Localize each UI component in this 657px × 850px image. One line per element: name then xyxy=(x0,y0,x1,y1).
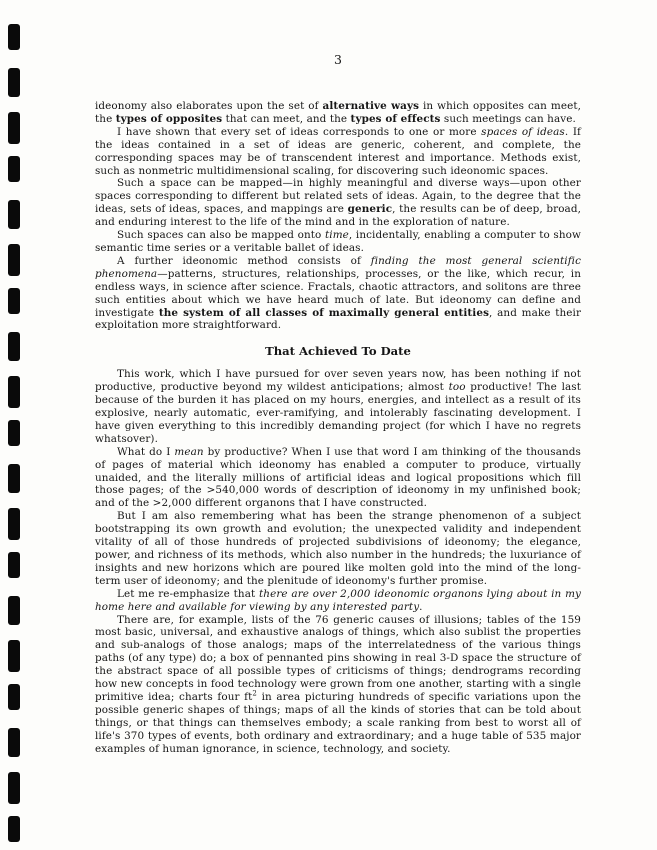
paragraph: ideonomy also elaborates upon the set of… xyxy=(95,100,581,126)
binding-hole-mark xyxy=(8,728,20,757)
binding-hole-mark xyxy=(8,156,20,182)
page-body: ideonomy also elaborates upon the set of… xyxy=(95,100,581,756)
binding-hole-mark xyxy=(8,244,20,276)
binding-hole-mark xyxy=(8,816,20,842)
paragraph: A further ideonomic method consists of f… xyxy=(95,255,581,332)
paragraph: There are, for example, lists of the 76 … xyxy=(95,614,581,756)
paragraph: I have shown that every set of ideas cor… xyxy=(95,126,581,178)
binding-hole-mark xyxy=(8,684,20,710)
binding-hole-mark xyxy=(8,112,20,144)
section-heading: That Achieved To Date xyxy=(95,345,581,358)
binding-hole-mark xyxy=(8,640,20,672)
binding-holes xyxy=(8,0,21,850)
paragraph: Such a space can be mapped—in highly mea… xyxy=(95,177,581,229)
binding-hole-mark xyxy=(8,376,20,408)
paragraph: What do I mean by productive? When I use… xyxy=(95,446,581,511)
binding-hole-mark xyxy=(8,332,20,361)
binding-hole-mark xyxy=(8,464,20,493)
binding-hole-mark xyxy=(8,288,20,314)
scanned-page: 3 ideonomy also elaborates upon the set … xyxy=(0,0,657,850)
binding-hole-mark xyxy=(8,772,20,804)
page-number: 3 xyxy=(95,52,581,67)
binding-hole-mark xyxy=(8,596,20,625)
binding-hole-mark xyxy=(8,552,20,578)
page-content: 3 ideonomy also elaborates upon the set … xyxy=(95,52,581,756)
paragraph: Such spaces can also be mapped onto time… xyxy=(95,229,581,255)
paragraph: But I am also remembering what has been … xyxy=(95,510,581,587)
paragraph: Let me re-emphasize that there are over … xyxy=(95,588,581,614)
binding-hole-mark xyxy=(8,24,20,50)
binding-hole-mark xyxy=(8,420,20,446)
binding-hole-mark xyxy=(8,200,20,229)
paragraph: This work, which I have pursued for over… xyxy=(95,368,581,445)
binding-hole-mark xyxy=(8,508,20,540)
binding-hole-mark xyxy=(8,68,20,97)
